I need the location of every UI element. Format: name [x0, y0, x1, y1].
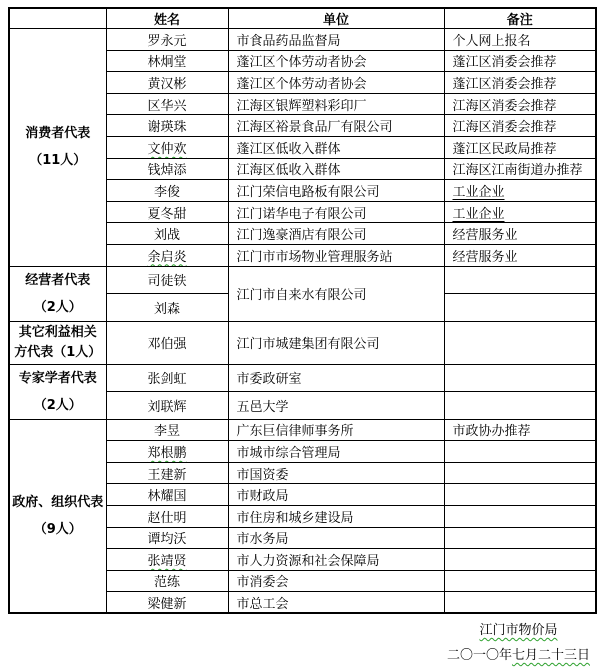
remark-cell	[444, 294, 596, 322]
document-footer: 江门市物价局 二〇一〇年七月二十三日	[447, 624, 590, 662]
person-name: 林炯堂	[147, 55, 186, 70]
person-name: 赵仕明	[147, 511, 186, 526]
unit-cell: 蓬江区低收入群体	[228, 136, 444, 158]
name-cell: 李昱	[106, 419, 228, 441]
remark-cell: 蓬江区民政局推荐	[444, 136, 596, 158]
table-row: 其它利益相关方代表（1人）邓伯强江门市城建集团有限公司	[9, 321, 596, 364]
unit-cell: 市城市综合管理局	[228, 441, 444, 463]
person-name: 钱焯添	[147, 163, 186, 178]
footer-org: 江门市物价局	[447, 624, 590, 637]
unit-cell: 市食品药品监督局	[228, 29, 444, 51]
category-label-line: 政府、组织代表	[10, 489, 106, 516]
person-name: 区华兴	[147, 99, 186, 114]
name-cell: 文仲欢	[106, 136, 228, 158]
remark-text: 经营服务业	[453, 250, 518, 265]
remark-text: 蓬江区消委会推荐	[453, 55, 557, 70]
person-name: 李昱	[154, 424, 180, 439]
remark-text: 蓬江区民政局推荐	[453, 142, 557, 157]
unit-cell: 江门荣信电路板有限公司	[228, 180, 444, 202]
category-label-line: 方代表（1人）	[10, 343, 106, 363]
name-cell: 张剑虹	[106, 364, 228, 392]
column-header-remark: 备注	[444, 8, 596, 29]
person-name: 刘战	[154, 228, 180, 243]
corner-cell	[9, 8, 106, 29]
category-label-line: 经营者代表	[10, 267, 106, 294]
person-name: 张剑虹	[147, 372, 186, 387]
name-cell: 区华兴	[106, 93, 228, 115]
person-name: 谭均沃	[147, 532, 186, 547]
unit-cell: 广东巨信律师事务所	[228, 419, 444, 441]
remark-cell: 江海区消委会推荐	[444, 115, 596, 137]
name-cell: 李俊	[106, 180, 228, 202]
category-cell: 经营者代表（2人）	[9, 266, 106, 321]
table-row: 专家学者代表（2人）张剑虹市委政研室	[9, 364, 596, 392]
person-name: 郑根鹏	[147, 446, 186, 461]
person-name: 刘联辉	[147, 400, 186, 415]
name-cell: 谢瑛珠	[106, 115, 228, 137]
unit-cell: 市总工会	[228, 592, 444, 614]
category-cell: 其它利益相关方代表（1人）	[9, 321, 106, 364]
remark-cell	[444, 549, 596, 571]
person-name: 梁健新	[147, 597, 186, 612]
name-cell: 王建新	[106, 462, 228, 484]
remark-text: 蓬江区消委会推荐	[453, 77, 557, 92]
footer-date-year: 二〇一〇年	[447, 648, 512, 663]
remark-cell	[444, 321, 596, 364]
category-cell: 政府、组织代表（9人）	[9, 419, 106, 613]
remark-cell	[444, 527, 596, 549]
unit-cell: 蓬江区个体劳动者协会	[228, 72, 444, 94]
category-label-line: （2人）	[10, 392, 106, 419]
table-row: 经营者代表（2人）司徒铁江门市自来水有限公司	[9, 266, 596, 294]
remark-cell	[444, 484, 596, 506]
unit-cell: 江海区银辉塑料彩印厂	[228, 93, 444, 115]
category-label-line: （2人）	[10, 294, 106, 321]
remark-cell	[444, 570, 596, 592]
name-cell: 林炯堂	[106, 50, 228, 72]
table-row: 消费者代表（11人）罗永元市食品药品监督局个人网上报名	[9, 29, 596, 51]
remark-cell	[444, 364, 596, 392]
remark-cell: 江海区消委会推荐	[444, 93, 596, 115]
unit-cell: 市住房和城乡建设局	[228, 505, 444, 527]
remark-cell: 个人网上报名	[444, 29, 596, 51]
remark-text: 工业企业	[453, 185, 505, 200]
category-label-line: （11人）	[10, 147, 106, 174]
unit-cell: 蓬江区个体劳动者协会	[228, 50, 444, 72]
remark-cell: 经营服务业	[444, 244, 596, 266]
unit-cell: 市国资委	[228, 462, 444, 484]
unit-cell: 市消委会	[228, 570, 444, 592]
person-name: 林耀国	[147, 489, 186, 504]
person-name: 范练	[154, 575, 180, 590]
remark-cell: 工业企业	[444, 180, 596, 202]
name-cell: 钱焯添	[106, 158, 228, 180]
unit-cell: 江海区裕景食品厂有限公司	[228, 115, 444, 137]
remark-cell	[444, 592, 596, 614]
remark-cell: 工业企业	[444, 201, 596, 223]
remark-text: 市政协办推荐	[453, 424, 531, 439]
category-cell: 专家学者代表（2人）	[9, 364, 106, 419]
remark-text: 经营服务业	[453, 228, 518, 243]
representatives-table: 姓名 单位 备注 消费者代表（11人）罗永元市食品药品监督局个人网上报名林炯堂蓬…	[8, 7, 597, 614]
name-cell: 刘森	[106, 294, 228, 322]
column-header-unit: 单位	[228, 8, 444, 29]
name-cell: 夏冬甜	[106, 201, 228, 223]
remark-cell: 蓬江区消委会推荐	[444, 72, 596, 94]
name-cell: 郑根鹏	[106, 441, 228, 463]
name-cell: 司徒铁	[106, 266, 228, 294]
column-header-name: 姓名	[106, 8, 228, 29]
remark-text: 江海区江南街道办推荐	[453, 163, 583, 178]
person-name: 谢瑛珠	[147, 120, 186, 135]
unit-cell: 市财政局	[228, 484, 444, 506]
name-cell: 罗永元	[106, 29, 228, 51]
footer-org-text: 江门市物价局	[479, 623, 557, 638]
person-name: 文仲欢	[147, 142, 186, 157]
category-label-line: 其它利益相关	[10, 323, 106, 343]
person-name: 邓伯强	[147, 337, 186, 352]
table-container: 姓名 单位 备注 消费者代表（11人）罗永元市食品药品监督局个人网上报名林炯堂蓬…	[8, 7, 597, 614]
name-cell: 余启炎	[106, 244, 228, 266]
remark-cell: 江海区江南街道办推荐	[444, 158, 596, 180]
name-cell: 林耀国	[106, 484, 228, 506]
footer-date-day: 七月二十三日	[512, 648, 590, 663]
remark-text: 工业企业	[453, 207, 505, 222]
category-label-line: （9人）	[10, 516, 106, 543]
remark-text: 个人网上报名	[453, 34, 531, 49]
remark-cell: 经营服务业	[444, 223, 596, 245]
person-name: 罗永元	[147, 34, 186, 49]
remark-cell	[444, 505, 596, 527]
unit-cell: 江门市自来水有限公司	[228, 266, 444, 321]
person-name: 夏冬甜	[147, 207, 186, 222]
name-cell: 张靖贤	[106, 549, 228, 571]
person-name: 王建新	[147, 468, 186, 483]
document-page: 姓名 单位 备注 消费者代表（11人）罗永元市食品药品监督局个人网上报名林炯堂蓬…	[0, 0, 600, 672]
person-name: 张靖贤	[147, 554, 186, 569]
category-cell: 消费者代表（11人）	[9, 29, 106, 267]
name-cell: 黄汉彬	[106, 72, 228, 94]
remark-cell	[444, 462, 596, 484]
remark-cell	[444, 266, 596, 294]
name-cell: 刘联辉	[106, 392, 228, 420]
category-label-line: 消费者代表	[10, 120, 106, 147]
header-row: 姓名 单位 备注	[9, 8, 596, 29]
name-cell: 邓伯强	[106, 321, 228, 364]
name-cell: 范练	[106, 570, 228, 592]
remark-cell	[444, 392, 596, 420]
remark-cell: 蓬江区消委会推荐	[444, 50, 596, 72]
footer-date: 二〇一〇年七月二十三日	[447, 649, 590, 662]
table-body: 消费者代表（11人）罗永元市食品药品监督局个人网上报名林炯堂蓬江区个体劳动者协会…	[9, 29, 596, 614]
person-name: 黄汉彬	[147, 77, 186, 92]
remark-text: 江海区消委会推荐	[453, 120, 557, 135]
unit-cell: 江门市市场物业管理服务站	[228, 244, 444, 266]
table-row: 政府、组织代表（9人）李昱广东巨信律师事务所市政协办推荐	[9, 419, 596, 441]
name-cell: 刘战	[106, 223, 228, 245]
unit-cell: 五邑大学	[228, 392, 444, 420]
person-name: 李俊	[154, 185, 180, 200]
unit-cell: 江门诺华电子有限公司	[228, 201, 444, 223]
category-label-line: 专家学者代表	[10, 365, 106, 392]
remark-text: 江海区消委会推荐	[453, 99, 557, 114]
unit-cell: 市委政研室	[228, 364, 444, 392]
unit-cell: 市水务局	[228, 527, 444, 549]
unit-cell: 市人力资源和社会保障局	[228, 549, 444, 571]
person-name: 刘森	[154, 302, 180, 317]
name-cell: 梁健新	[106, 592, 228, 614]
unit-cell: 江海区低收入群体	[228, 158, 444, 180]
unit-cell: 江门逸豪酒店有限公司	[228, 223, 444, 245]
unit-cell: 江门市城建集团有限公司	[228, 321, 444, 364]
person-name: 余启炎	[147, 250, 186, 265]
remark-cell	[444, 441, 596, 463]
name-cell: 谭均沃	[106, 527, 228, 549]
remark-cell: 市政协办推荐	[444, 419, 596, 441]
person-name: 司徒铁	[147, 274, 186, 289]
name-cell: 赵仕明	[106, 505, 228, 527]
